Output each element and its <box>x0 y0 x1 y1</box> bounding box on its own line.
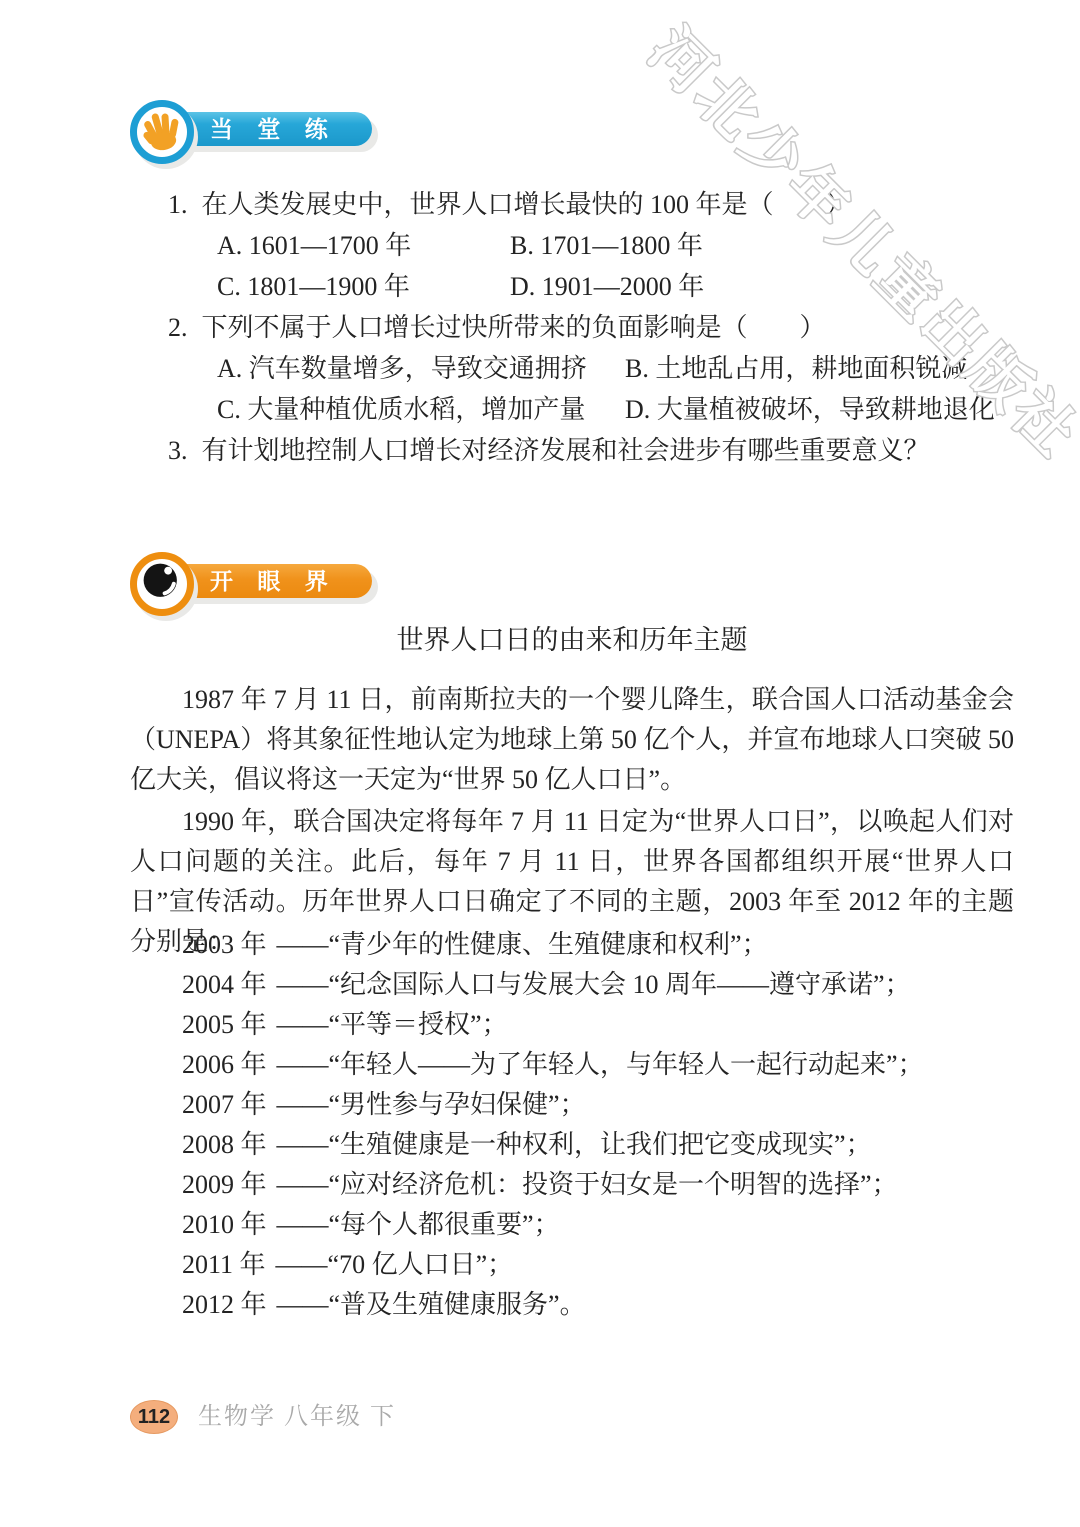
theme-year: 2009 年 <box>182 1170 267 1199</box>
theme-2010: 2010 年——“每个人都很重要”； <box>130 1205 1030 1245</box>
theme-year: 2006 年 <box>182 1050 267 1079</box>
option-d: D. 1901—2000 年 <box>510 272 704 301</box>
question-3-number: 3. <box>168 436 188 465</box>
theme-text: ——“男性参与孕妇保健”； <box>277 1090 586 1119</box>
question-1: 1.在人类发展史中，世界人口增长最快的 100 年是（ ） <box>168 184 1068 225</box>
theme-2006: 2006 年——“年轻人——为了年轻人，与年轻人一起行动起来”； <box>130 1045 1030 1085</box>
theme-2008: 2008 年——“生殖健康是一种权利，让我们把它变成现实”； <box>130 1125 1030 1165</box>
eyeopener-badge-circle <box>130 552 194 616</box>
question-3: 3.有计划地控制人口增长对经济发展和社会进步有哪些重要意义？ <box>168 430 1068 471</box>
practice-questions: 1.在人类发展史中，世界人口增长最快的 100 年是（ ） A. 1601—17… <box>168 184 1068 471</box>
theme-text: ——“年轻人——为了年轻人，与年轻人一起行动起来”； <box>277 1050 924 1079</box>
theme-text: ——“平等＝授权”； <box>277 1010 508 1039</box>
question-3-text: 有计划地控制人口增长对经济发展和社会进步有哪些重要意义？ <box>202 436 930 465</box>
theme-text: ——“纪念国际人口与发展大会 10 周年——遵守承诺”； <box>277 970 911 999</box>
theme-2005: 2005 年——“平等＝授权”； <box>130 1005 1030 1045</box>
question-2-text: 下列不属于人口增长过快所带来的负面影响是（ ） <box>202 313 826 342</box>
option-c: C. 大量种植优质水稻，增加产量 <box>217 389 625 430</box>
question-1-text: 在人类发展史中，世界人口增长最快的 100 年是（ ） <box>202 190 852 219</box>
option-b: B. 土地乱占用，耕地面积锐减 <box>625 354 967 383</box>
theme-2007: 2007 年——“男性参与孕妇保健”； <box>130 1085 1030 1125</box>
question-1-options-row-2: C. 1801—1900 年D. 1901—2000 年 <box>168 266 1068 307</box>
question-2-number: 2. <box>168 313 188 342</box>
book-title-label: 生物学 八年级 下 <box>198 1400 396 1434</box>
eye-icon <box>141 561 183 608</box>
question-2-options-row-1: A. 汽车数量增多，导致交通拥挤B. 土地乱占用，耕地面积锐减 <box>168 348 1068 389</box>
theme-text: ——“应对经济危机：投资于妇女是一个明智的选择”； <box>277 1170 898 1199</box>
theme-2009: 2009 年——“应对经济危机：投资于妇女是一个明智的选择”； <box>130 1165 1030 1205</box>
theme-text: ——“生殖健康是一种权利，让我们把它变成现实”； <box>277 1130 872 1159</box>
theme-year: 2010 年 <box>182 1210 267 1239</box>
question-2: 2.下列不属于人口增长过快所带来的负面影响是（ ） <box>168 307 1068 348</box>
theme-year: 2004 年 <box>182 970 267 999</box>
question-1-number: 1. <box>168 190 188 219</box>
option-b: B. 1701—1800 年 <box>510 231 703 260</box>
article-paragraph-1: 1987 年 7 月 11 日，前南斯拉夫的一个婴儿降生，联合国人口活动基金会（… <box>130 680 1014 800</box>
hand-icon <box>141 109 183 156</box>
practice-section-badge: 当 堂 练 <box>130 100 450 170</box>
option-d: D. 大量植被破坏，导致耕地退化 <box>625 395 995 424</box>
question-2-options-row-2: C. 大量种植优质水稻，增加产量D. 大量植被破坏，导致耕地退化 <box>168 389 1068 430</box>
practice-badge-circle <box>130 100 194 164</box>
theme-year: 2003 年 <box>182 930 267 959</box>
theme-year: 2005 年 <box>182 1010 267 1039</box>
eyeopener-section-badge: 开 眼 界 <box>130 552 450 622</box>
theme-text: ——“普及生殖健康服务”。 <box>277 1290 586 1319</box>
theme-year: 2008 年 <box>182 1130 267 1159</box>
theme-year: 2011 年 <box>182 1250 266 1279</box>
theme-text: ——“70 亿人口日”； <box>276 1250 514 1279</box>
option-a: A. 1601—1700 年 <box>217 225 510 266</box>
theme-2011: 2011 年——“70 亿人口日”； <box>130 1245 1030 1285</box>
option-c: C. 1801—1900 年 <box>217 266 510 307</box>
theme-2003: 2003 年——“青少年的性健康、生殖健康和权利”； <box>130 925 1030 965</box>
theme-year: 2007 年 <box>182 1090 267 1119</box>
article-title: 世界人口日的由来和历年主题 <box>130 618 1014 657</box>
theme-2004: 2004 年——“纪念国际人口与发展大会 10 周年——遵守承诺”； <box>130 965 1030 1005</box>
option-a: A. 汽车数量增多，导致交通拥挤 <box>217 348 625 389</box>
theme-text: ——“青少年的性健康、生殖健康和权利”； <box>277 930 768 959</box>
theme-year: 2012 年 <box>182 1290 267 1319</box>
theme-text: ——“每个人都很重要”； <box>277 1210 560 1239</box>
theme-2012: 2012 年——“普及生殖健康服务”。 <box>130 1285 1030 1325</box>
page-number-badge: 112 <box>130 1400 178 1434</box>
theme-list: 2003 年——“青少年的性健康、生殖健康和权利”； 2004 年——“纪念国际… <box>130 925 1030 1325</box>
question-1-options-row-1: A. 1601—1700 年B. 1701—1800 年 <box>168 225 1068 266</box>
